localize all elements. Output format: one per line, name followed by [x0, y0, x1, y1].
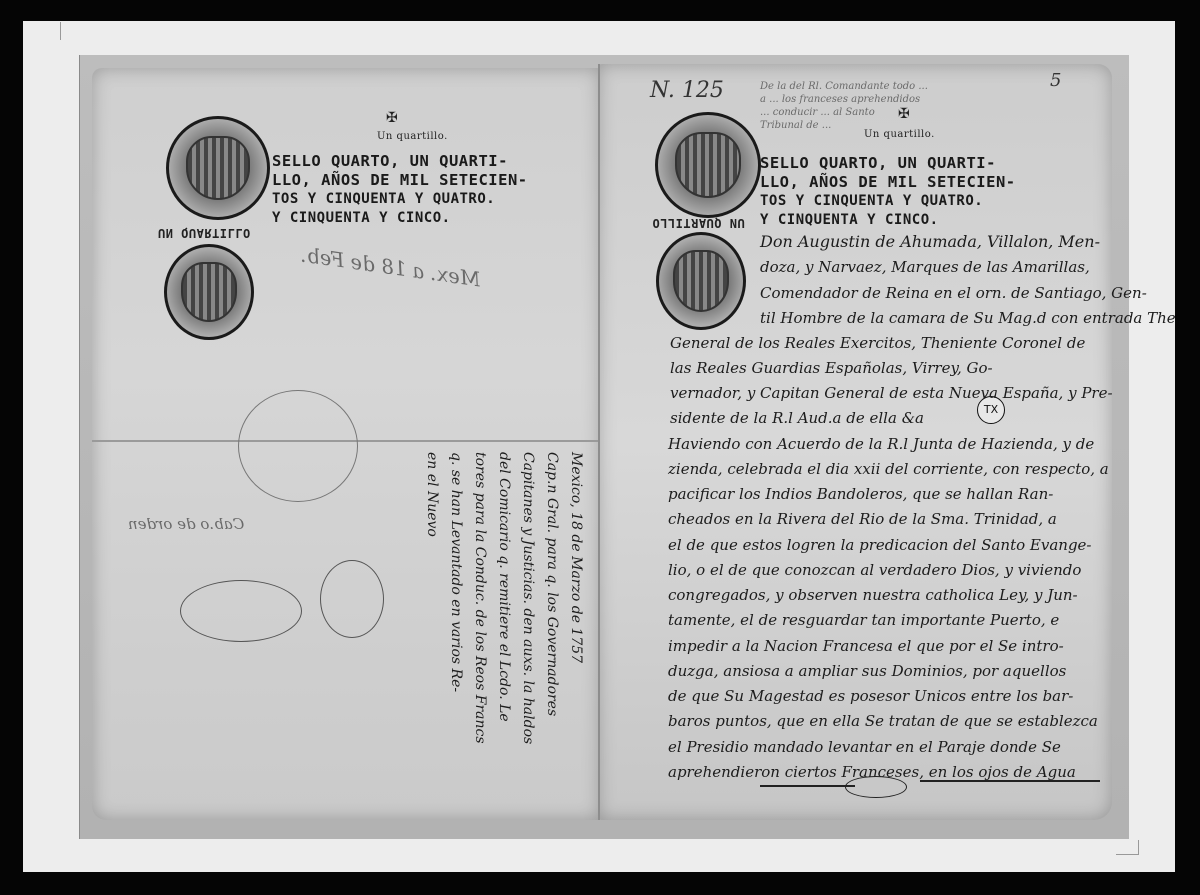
- body-line: el de que estos logren la predicacion de…: [668, 536, 1092, 554]
- body-line: de que Su Magestad es posesor Unicos ent…: [668, 687, 1073, 705]
- stamp-line: LLO, AÑOS DE MIL SETECIEN-: [272, 171, 528, 190]
- stamp-line: SELLO QUARTO, UN QUARTI-: [272, 152, 528, 171]
- upside-down-stamp-label: UN QUARTILLO: [652, 216, 745, 230]
- body-line: impedir a la Nacion Francesa el que por …: [668, 637, 1064, 655]
- note-line: tores para la Conduc. de los Reos Francs: [468, 452, 492, 744]
- coat-of-arms-icon: [181, 262, 237, 322]
- body-line: baros puntos, que en ella Se tratan de q…: [668, 712, 1098, 730]
- closing-rule-left: [760, 785, 855, 787]
- crop-mark-bottom-right: [1116, 840, 1139, 855]
- body-line: doza, y Narvaez, Marques de las Amarilla…: [760, 258, 1090, 276]
- body-line: duzga, ansiosa a ampliar sus Dominios, p…: [668, 662, 1066, 680]
- royal-seal-lower-right: [656, 232, 746, 330]
- page-corner-number: 5: [1050, 70, 1061, 91]
- stamp-line: LLO, AÑOS DE MIL SETECIEN-: [760, 173, 1016, 192]
- stamp-text-right: SELLO QUARTO, UN QUARTI- LLO, AÑOS DE MI…: [760, 154, 1016, 230]
- body-line: sidente de la R.l Aud.a de ella &a: [670, 409, 924, 427]
- header-note-line: De la del Rl. Comandante todo ...: [760, 80, 928, 93]
- note-line: Capitanes y Justicias. den auxs. la hald…: [516, 452, 540, 744]
- body-line: General de los Reales Exercitos, Thenien…: [670, 334, 1085, 352]
- stamp-line: TOS Y CINQUENTA Y QUATRO.: [272, 190, 528, 209]
- stamp-text-left: SELLO QUARTO, UN QUARTI- LLO, AÑOS DE MI…: [272, 152, 528, 228]
- coat-of-arms-icon: [186, 136, 251, 201]
- stamp-line: SELLO QUARTO, UN QUARTI-: [760, 154, 1016, 173]
- cross-icon: ✠: [898, 106, 910, 122]
- body-line: vernador, y Capitan General de esta Nuev…: [670, 384, 1113, 402]
- note-line: del Comicario q. remitiere el Lcdo. Le: [492, 452, 516, 744]
- note-line: Cap.n Gral. para q. los Governadores: [540, 452, 564, 744]
- body-line: til Hombre de la camara de Su Mag.d con …: [760, 309, 1176, 327]
- stamp-denomination: Un quartillo.: [377, 131, 448, 142]
- body-line: cheados en la Rivera del Rio de la Sma. …: [668, 510, 1057, 528]
- coat-of-arms-icon: [673, 250, 729, 311]
- note-line: q. se han Levantado en varios Re-: [444, 452, 468, 744]
- royal-seal-top-right: [655, 112, 761, 218]
- note-line: en el Nuevo: [420, 452, 444, 744]
- stamp-line: TOS Y CINQUENTA Y QUATRO.: [760, 192, 1016, 211]
- body-line: el Presidio mandado levantar en el Paraj…: [668, 738, 1061, 756]
- signature-flourish: [320, 560, 384, 638]
- body-line: pacificar los Indios Bandoleros, que se …: [668, 485, 1053, 503]
- closing-flourish: [845, 776, 907, 798]
- stamp-denomination: Un quartillo.: [864, 129, 935, 140]
- closing-rule-right: [920, 780, 1100, 782]
- cross-icon: ✠: [386, 110, 398, 126]
- coat-of-arms-icon: [675, 132, 741, 198]
- signature-flourish: [238, 390, 358, 502]
- body-line: las Reales Guardias Españolas, Virrey, G…: [670, 359, 993, 377]
- body-line: Haviendo con Acuerdo de la R.l Junta de …: [668, 435, 1094, 453]
- bleed-through-signature: Cab.o de orden: [128, 515, 244, 533]
- stamp-line: Y CINQUENTA Y CINCO.: [272, 209, 528, 228]
- stamp-line: Y CINQUENTA Y CINCO.: [760, 211, 1016, 230]
- body-line: Don Augustin de Ahumada, Villalon, Men-: [760, 232, 1100, 251]
- royal-seal-lower-left: [164, 244, 254, 340]
- header-note-line: a ... los franceses aprehendidos: [760, 93, 928, 106]
- note-line: Mexico, 18 de Marzo de 1757: [564, 452, 588, 744]
- vertical-fold: [598, 64, 600, 820]
- body-line: Comendador de Reina en el orn. de Santia…: [760, 284, 1147, 302]
- signature-flourish: [180, 580, 302, 642]
- body-line: tamente, el de resguardar tan importante…: [668, 611, 1059, 629]
- upside-down-stamp-label: UN QUARTILLO: [158, 226, 251, 240]
- rotated-note: Mexico, 18 de Marzo de 1757 Cap.n Gral. …: [420, 452, 588, 744]
- folio-number: N. 125: [650, 78, 724, 103]
- royal-seal-top-left: [166, 116, 270, 220]
- body-line: zienda, celebrada el dia xxii del corrie…: [668, 460, 1109, 478]
- crop-mark-top-left: [60, 22, 83, 40]
- body-line: lio, o el de que conozcan al verdadero D…: [668, 561, 1081, 579]
- body-line: congregados, y observen nuestra catholic…: [668, 586, 1078, 604]
